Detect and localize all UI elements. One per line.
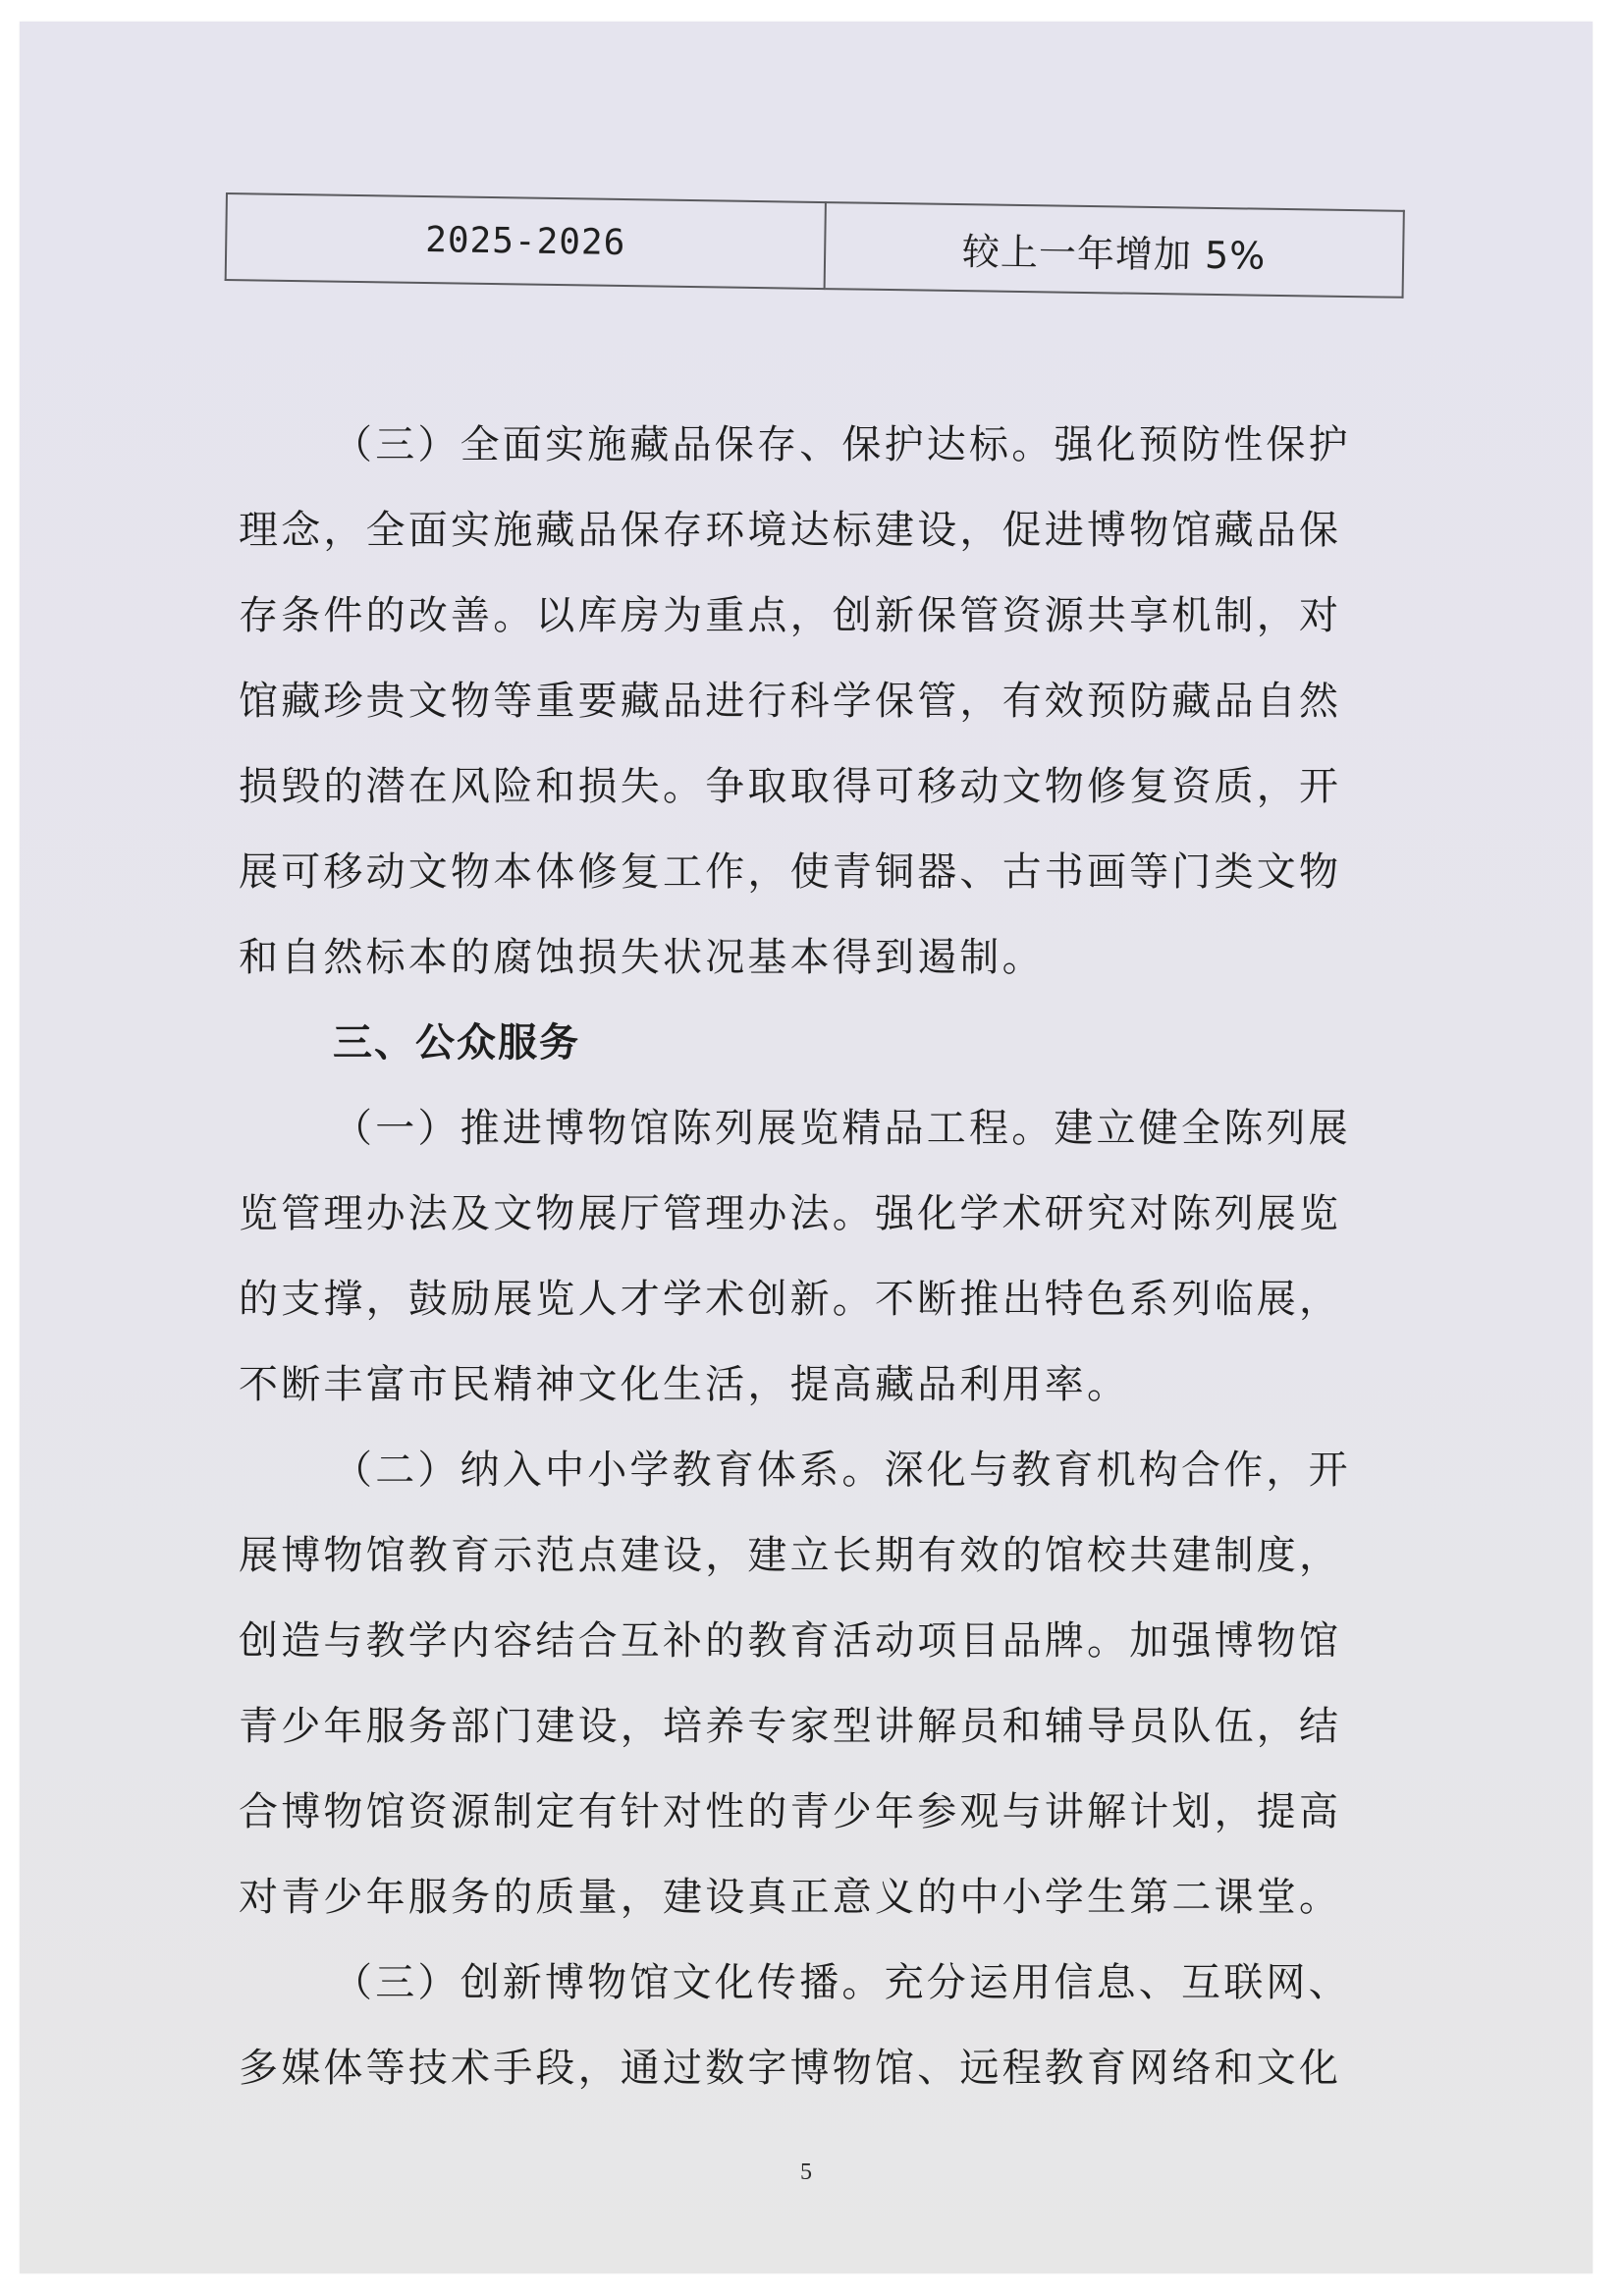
table-cell-target: 较上一年增加 5% <box>825 202 1404 298</box>
table-row: 2025-2026 较上一年增加 5% <box>226 193 1404 298</box>
body-text: （三）全面实施藏品保存、保护达标。强化预防性保护 理念，全面实施藏品保存环境达标… <box>239 403 1417 2111</box>
paragraph-heading-education: （二）纳入中小学教育体系。深化与教育机构合作，开 <box>239 1428 1417 1513</box>
paragraph-heading-exhibitions: （一）推进博物馆陈列展览精品工程。建立健全陈列展 <box>239 1086 1417 1172</box>
text-line: 青少年服务部门建设，培养专家型讲解员和辅导员队伍，结 <box>239 1684 1417 1770</box>
document-page: 2025-2026 较上一年增加 5% （三）全面实施藏品保存、保护达标。强化预… <box>20 22 1593 2273</box>
text-line: 展可移动文物本体修复工作，使青铜器、古书画等门类文物 <box>239 830 1417 915</box>
text-line: 损毁的潜在风险和损失。争取取得可移动文物修复资质，开 <box>239 744 1417 830</box>
section-heading-public-service: 三、公众服务 <box>239 1001 1417 1086</box>
text-line: 不断丰富市民精神文化生活，提高藏品利用率。 <box>239 1342 1417 1428</box>
text-line: 存条件的改善。以库房为重点，创新保管资源共享机制，对 <box>239 574 1417 659</box>
table-cell-period: 2025-2026 <box>226 193 826 289</box>
text-line: 和自然标本的腐蚀损失状况基本得到遏制。 <box>239 915 1417 1001</box>
page-number: 5 <box>20 2159 1593 2186</box>
text-line: 览管理办法及文物展厅管理办法。强化学术研究对陈列展览 <box>239 1172 1417 1257</box>
text-line: 对青少年服务的质量，建设真正意义的中小学生第二课堂。 <box>239 1855 1417 1941</box>
text-line: 理念，全面实施藏品保存环境达标建设，促进博物馆藏品保 <box>239 488 1417 574</box>
paragraph-heading-collection-protection: （三）全面实施藏品保存、保护达标。强化预防性保护 <box>239 403 1417 488</box>
paragraph-heading-communication: （三）创新博物馆文化传播。充分运用信息、互联网、 <box>239 1941 1417 2026</box>
text-line: 的支撑，鼓励展览人才学术创新。不断推出特色系列临展， <box>239 1257 1417 1342</box>
text-line: 创造与教学内容结合互补的教育活动项目品牌。加强博物馆 <box>239 1599 1417 1684</box>
text-line: 展博物馆教育示范点建设，建立长期有效的馆校共建制度， <box>239 1513 1417 1599</box>
targets-table-fragment: 2025-2026 较上一年增加 5% <box>225 192 1405 299</box>
targets-table: 2025-2026 较上一年增加 5% <box>225 192 1405 299</box>
text-line: 馆藏珍贵文物等重要藏品进行科学保管，有效预防藏品自然 <box>239 659 1417 744</box>
text-line: 合博物馆资源制定有针对性的青少年参观与讲解计划，提高 <box>239 1770 1417 1855</box>
text-line: 多媒体等技术手段，通过数字博物馆、远程教育网络和文化 <box>239 2026 1417 2111</box>
